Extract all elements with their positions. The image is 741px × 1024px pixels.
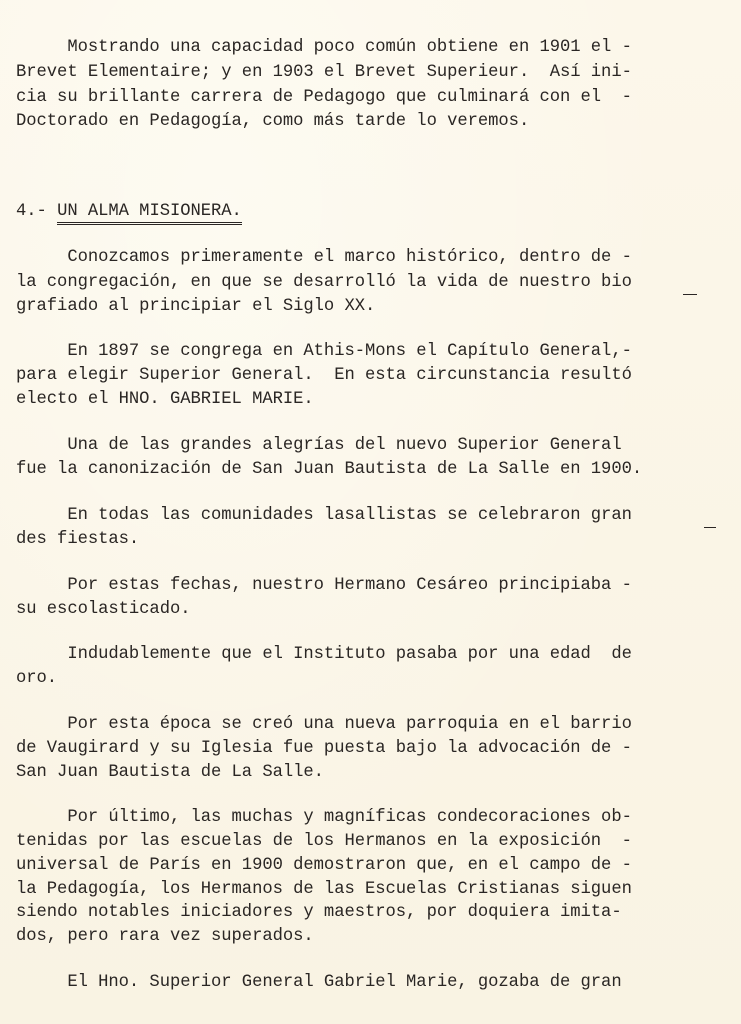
section-title: UN ALMA MISIONERA.	[57, 202, 242, 225]
text-line: de Vaugirard y su Iglesia fue puesta baj…	[16, 737, 632, 761]
text-line: Por último, las muchas y magníficas cond…	[16, 806, 632, 830]
text-line: la Pedagogía, los Hermanos de las Escuel…	[16, 878, 632, 902]
text-line: Por esta época se creó una nueva parroqu…	[16, 713, 632, 737]
text-line: Doctorado en Pedagogía, como más tarde l…	[16, 110, 529, 134]
text-line: Brevet Elementaire; y en 1903 el Brevet …	[16, 61, 632, 85]
text-line: la congregación, en que se desarrolló la…	[16, 271, 632, 295]
handwritten-underline	[704, 527, 716, 528]
text-line: cia su brillante carrera de Pedagogo que…	[16, 86, 632, 110]
text-line: des fiestas.	[16, 528, 139, 552]
text-line: siendo notables iniciadores y maestros, …	[16, 901, 622, 925]
text-line: En todas las comunidades lasallistas se …	[16, 504, 632, 528]
text-line: En 1897 se congrega en Athis-Mons el Cap…	[16, 340, 632, 364]
section-heading: 4.- UN ALMA MISIONERA.	[16, 200, 242, 224]
text-line: San Juan Bautista de La Salle.	[16, 761, 324, 785]
text-line: oro.	[16, 667, 57, 691]
text-line: Indudablemente que el Instituto pasaba p…	[16, 643, 632, 667]
text-line: Por estas fechas, nuestro Hermano Cesáre…	[16, 574, 632, 598]
text-line: electo el HNO. GABRIEL MARIE.	[16, 388, 314, 412]
document-page: Mostrando una capacidad poco común obtie…	[0, 0, 741, 1024]
text-line: grafiado al principiar el Siglo XX.	[16, 295, 375, 319]
handwritten-underline	[683, 294, 697, 295]
text-line: Mostrando una capacidad poco común obtie…	[16, 36, 632, 60]
text-line: Conozcamos primeramente el marco históri…	[16, 246, 632, 270]
section-number: 4.-	[16, 202, 57, 221]
text-line: su escolasticado.	[16, 598, 191, 622]
text-line: Una de las grandes alegrías del nuevo Su…	[16, 434, 622, 458]
text-line: fue la canonización de San Juan Bautista…	[16, 458, 642, 482]
text-line: dos, pero rara vez superados.	[16, 925, 314, 949]
text-line: universal de París en 1900 demostraron q…	[16, 854, 632, 878]
text-line: El Hno. Superior General Gabriel Marie, …	[16, 971, 622, 995]
text-line: para elegir Superior General. En esta ci…	[16, 364, 632, 388]
text-line: tenidas por las escuelas de los Hermanos…	[16, 830, 632, 854]
